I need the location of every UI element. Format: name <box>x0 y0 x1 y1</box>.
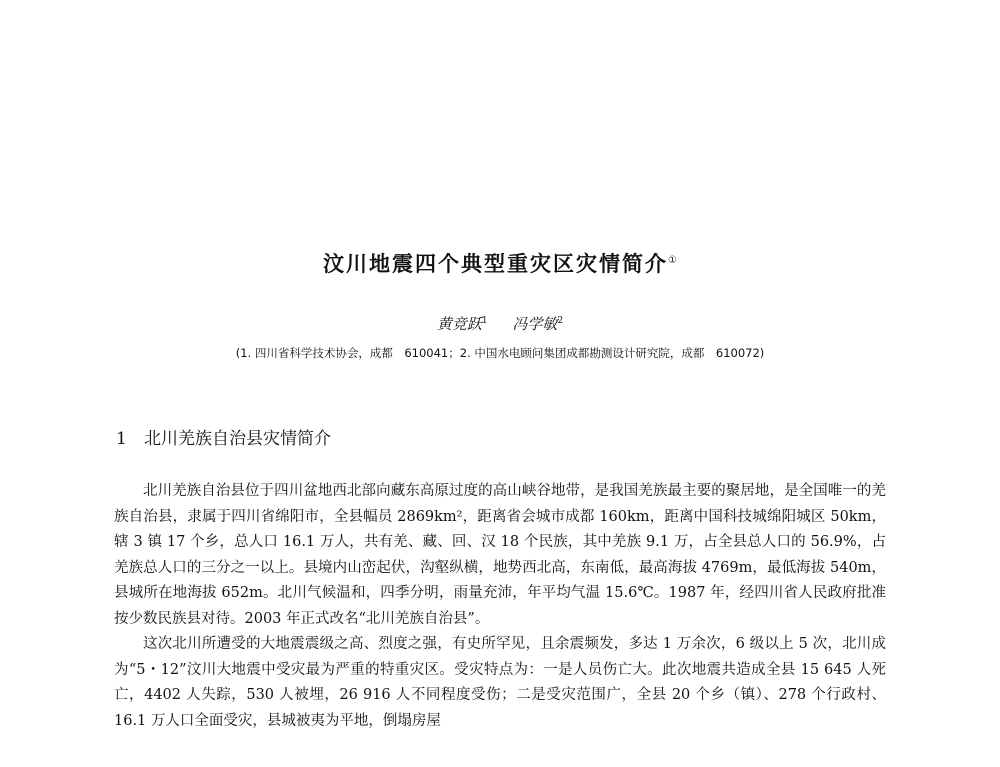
author-affil-index: 1 <box>482 316 488 326</box>
section-heading: 1北川羌族自治县灾情简介 <box>116 424 331 449</box>
author-affil-index: 2 <box>557 316 563 326</box>
title-footnote-mark: ① <box>668 255 677 266</box>
section-title: 北川羌族自治县灾情简介 <box>144 429 331 449</box>
author: 黄竞跃1 <box>437 315 488 333</box>
section-number: 1 <box>116 429 144 449</box>
author-name: 黄竞跃 <box>437 315 482 333</box>
affiliations: (1. 四川省科学技术协会，成都 610041；2. 中国水电顾问集团成都勘测设… <box>0 345 1000 361</box>
paper-title-text: 汶川地震四个典型重灾区灾情简介 <box>323 252 668 276</box>
paper-page: 汶川地震四个典型重灾区灾情简介① 黄竞跃1 冯学敏2 (1. 四川省科学技术协会… <box>0 0 1000 767</box>
paper-title: 汶川地震四个典型重灾区灾情简介① <box>0 248 1000 278</box>
author: 冯学敏2 <box>512 315 563 333</box>
paragraph: 这次北川所遭受的大地震震级之高、烈度之强，有史所罕见，且余震频发，多达 1 万余… <box>114 632 886 734</box>
author-name: 冯学敏 <box>512 315 557 333</box>
section-body: 北川羌族自治县位于四川盆地西北部向藏东高原过度的高山峡谷地带，是我国羌族最主要的… <box>114 479 886 734</box>
author-list: 黄竞跃1 冯学敏2 <box>0 313 1000 334</box>
paragraph: 北川羌族自治县位于四川盆地西北部向藏东高原过度的高山峡谷地带，是我国羌族最主要的… <box>114 479 886 632</box>
